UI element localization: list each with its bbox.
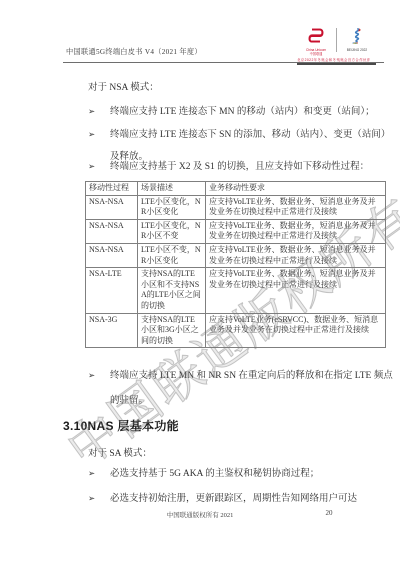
table-cell-requirement: 应支持VoLTE业务、数据业务、短消息业务及并发业务在切换过程中正常进行及接续 bbox=[206, 243, 386, 267]
logo-divider bbox=[336, 28, 337, 52]
bullet-item-sa-2: ➢必选支持初始注册，更新跟踪区，周期性告知网络用户可达 bbox=[88, 493, 400, 506]
bullet-arrow-icon: ➢ bbox=[88, 101, 110, 123]
table-cell-requirement: 应支持VoLTE业务(eSRVCC)、数据业务、短消息业务及并发业务在切换过程中… bbox=[206, 313, 386, 348]
table-cell-scene: LTE小区不变，NR小区变化 bbox=[138, 243, 206, 267]
logo-block: China Unicom 中国联通 bbox=[297, 28, 376, 65]
logo-tiles: China Unicom 中国联通 bbox=[297, 28, 376, 56]
table-cell-requirement: 应支持VoLTE业务、数据业务、短消息业务及并发业务在切换过程中正常进行及接续 bbox=[206, 195, 386, 219]
table-row: NSA-3G 支持NSA的LTE小区和3G小区之间的切换 应支持VoLTE业务(… bbox=[86, 313, 386, 348]
beijing-2022-logo-text: BEIJING 2022 bbox=[347, 49, 367, 53]
table-cell-scene: 支持NSA的LTE小区和不支持NSA的LTE小区之间的切换 bbox=[138, 268, 206, 313]
table-header-row: 移动性过程 场景描述 业务移动性要求 bbox=[86, 182, 386, 196]
table-cell-scene: 支持NSA的LTE小区和3G小区之间的切换 bbox=[138, 313, 206, 348]
bullet-arrow-icon: ➢ bbox=[88, 364, 110, 389]
partner-text: 北京2022年冬奥会和冬残奥会官方合作伙伴 bbox=[297, 58, 376, 62]
table-cell-scene: LTE小区变化，NR小区变化 bbox=[138, 195, 206, 219]
table-row: NSA-NSA LTE小区变化，NR小区变化 应支持VoLTE业务、数据业务、短… bbox=[86, 195, 386, 219]
table-cell-process: NSA-NSA bbox=[86, 243, 138, 267]
bullet-text: 终端应支持 LTE MN 和 NR SN 在重定向后的释放和在指定 LTE 频点… bbox=[110, 371, 393, 406]
table-cell-process: NSA-NSA bbox=[86, 219, 138, 243]
document-page: 中国联通5G终端白皮书 V4（2021 年度） China Unicom 中国联… bbox=[0, 0, 400, 565]
mobility-table: 移动性过程 场景描述 业务移动性要求 NSA-NSA LTE小区变化，NR小区变… bbox=[85, 181, 386, 348]
table-cell-process: NSA-NSA bbox=[86, 195, 138, 219]
bullet-item-nsa-3: ➢终端应支持基于 X2 及 S1 的切换，且应支持如下移动性过程： bbox=[88, 161, 400, 174]
table-row: NSA-LTE 支持NSA的LTE小区和不支持NSA的LTE小区之间的切换 应支… bbox=[86, 268, 386, 313]
bullet-text: 终端应支持 LTE 连接态下 MN 的移动（站内）和变更（站间）； bbox=[110, 107, 375, 117]
bullet-item-sa-1: ➢必选支持基于 5G AKA 的主鉴权和秘钥协商过程； bbox=[88, 468, 400, 481]
table-row: NSA-NSA LTE小区不变，NR小区变化 应支持VoLTE业务、数据业务、短… bbox=[86, 243, 386, 267]
footer-copyright: 中国联通版权所有 2021 bbox=[140, 510, 260, 519]
page-number: 20 bbox=[318, 509, 340, 517]
bullet-arrow-icon: ➢ bbox=[88, 468, 110, 481]
beijing-2022-logo: BEIJING 2022 bbox=[338, 28, 376, 53]
nsa-mode-intro: 对于 NSA 模式： bbox=[88, 82, 159, 95]
bullet-arrow-icon: ➢ bbox=[88, 124, 110, 146]
section-heading: 3.10NAS 层基本功能 bbox=[63, 417, 179, 434]
china-unicom-logo-text-cn: 中国联通 bbox=[310, 53, 323, 57]
logo-underline bbox=[297, 63, 376, 65]
table-cell-requirement: 应支持VoLTE业务、数据业务，短消息业务及并发业务在切换过程中正常进行及接续 bbox=[206, 219, 386, 243]
table-header-cell: 业务移动性要求 bbox=[206, 182, 386, 196]
bullet-text: 必选支持基于 5G AKA 的主鉴权和秘钥协商过程； bbox=[110, 469, 319, 479]
bullet-item-nsa-1: ➢终端应支持 LTE 连接态下 MN 的移动（站内）和变更（站间）； bbox=[88, 101, 398, 123]
sa-mode-intro: 对于 SA 模式： bbox=[88, 448, 152, 461]
table-header-cell: 场景描述 bbox=[138, 182, 206, 196]
table-cell-process: NSA-3G bbox=[86, 313, 138, 348]
bullet-arrow-icon: ➢ bbox=[88, 493, 110, 506]
bullet-arrow-icon: ➢ bbox=[88, 161, 110, 174]
beijing-2022-emblem-icon bbox=[348, 28, 366, 49]
table-cell-scene: LTE小区变化，NR小区不变 bbox=[138, 219, 206, 243]
table-header-cell: 移动性过程 bbox=[86, 182, 138, 196]
table-cell-requirement: 应支持VoLTE业务、数据业务、短消息业务及并发业务在切换过程中正常进行及接续 bbox=[206, 268, 386, 313]
header-title: 中国联通5G终端白皮书 V4（2021 年度） bbox=[66, 47, 202, 57]
china-unicom-logo: China Unicom 中国联通 bbox=[297, 28, 335, 56]
bullet-text: 必选支持初始注册，更新跟踪区，周期性告知网络用户可达 bbox=[110, 494, 357, 504]
bullet-text: 终端应支持基于 X2 及 S1 的切换，且应支持如下移动性过程： bbox=[110, 162, 369, 172]
bullet-text: 终端应支持 LTE 连接态下 SN 的添加、移动（站内）、变更（站间）及释放。 bbox=[110, 130, 390, 162]
bullet-item-post-table: ➢终端应支持 LTE MN 和 NR SN 在重定向后的释放和在指定 LTE 频… bbox=[88, 364, 395, 414]
china-unicom-knot-icon bbox=[306, 28, 326, 49]
table-cell-process: NSA-LTE bbox=[86, 268, 138, 313]
table-row: NSA-NSA LTE小区变化，NR小区不变 应支持VoLTE业务、数据业务，短… bbox=[86, 219, 386, 243]
